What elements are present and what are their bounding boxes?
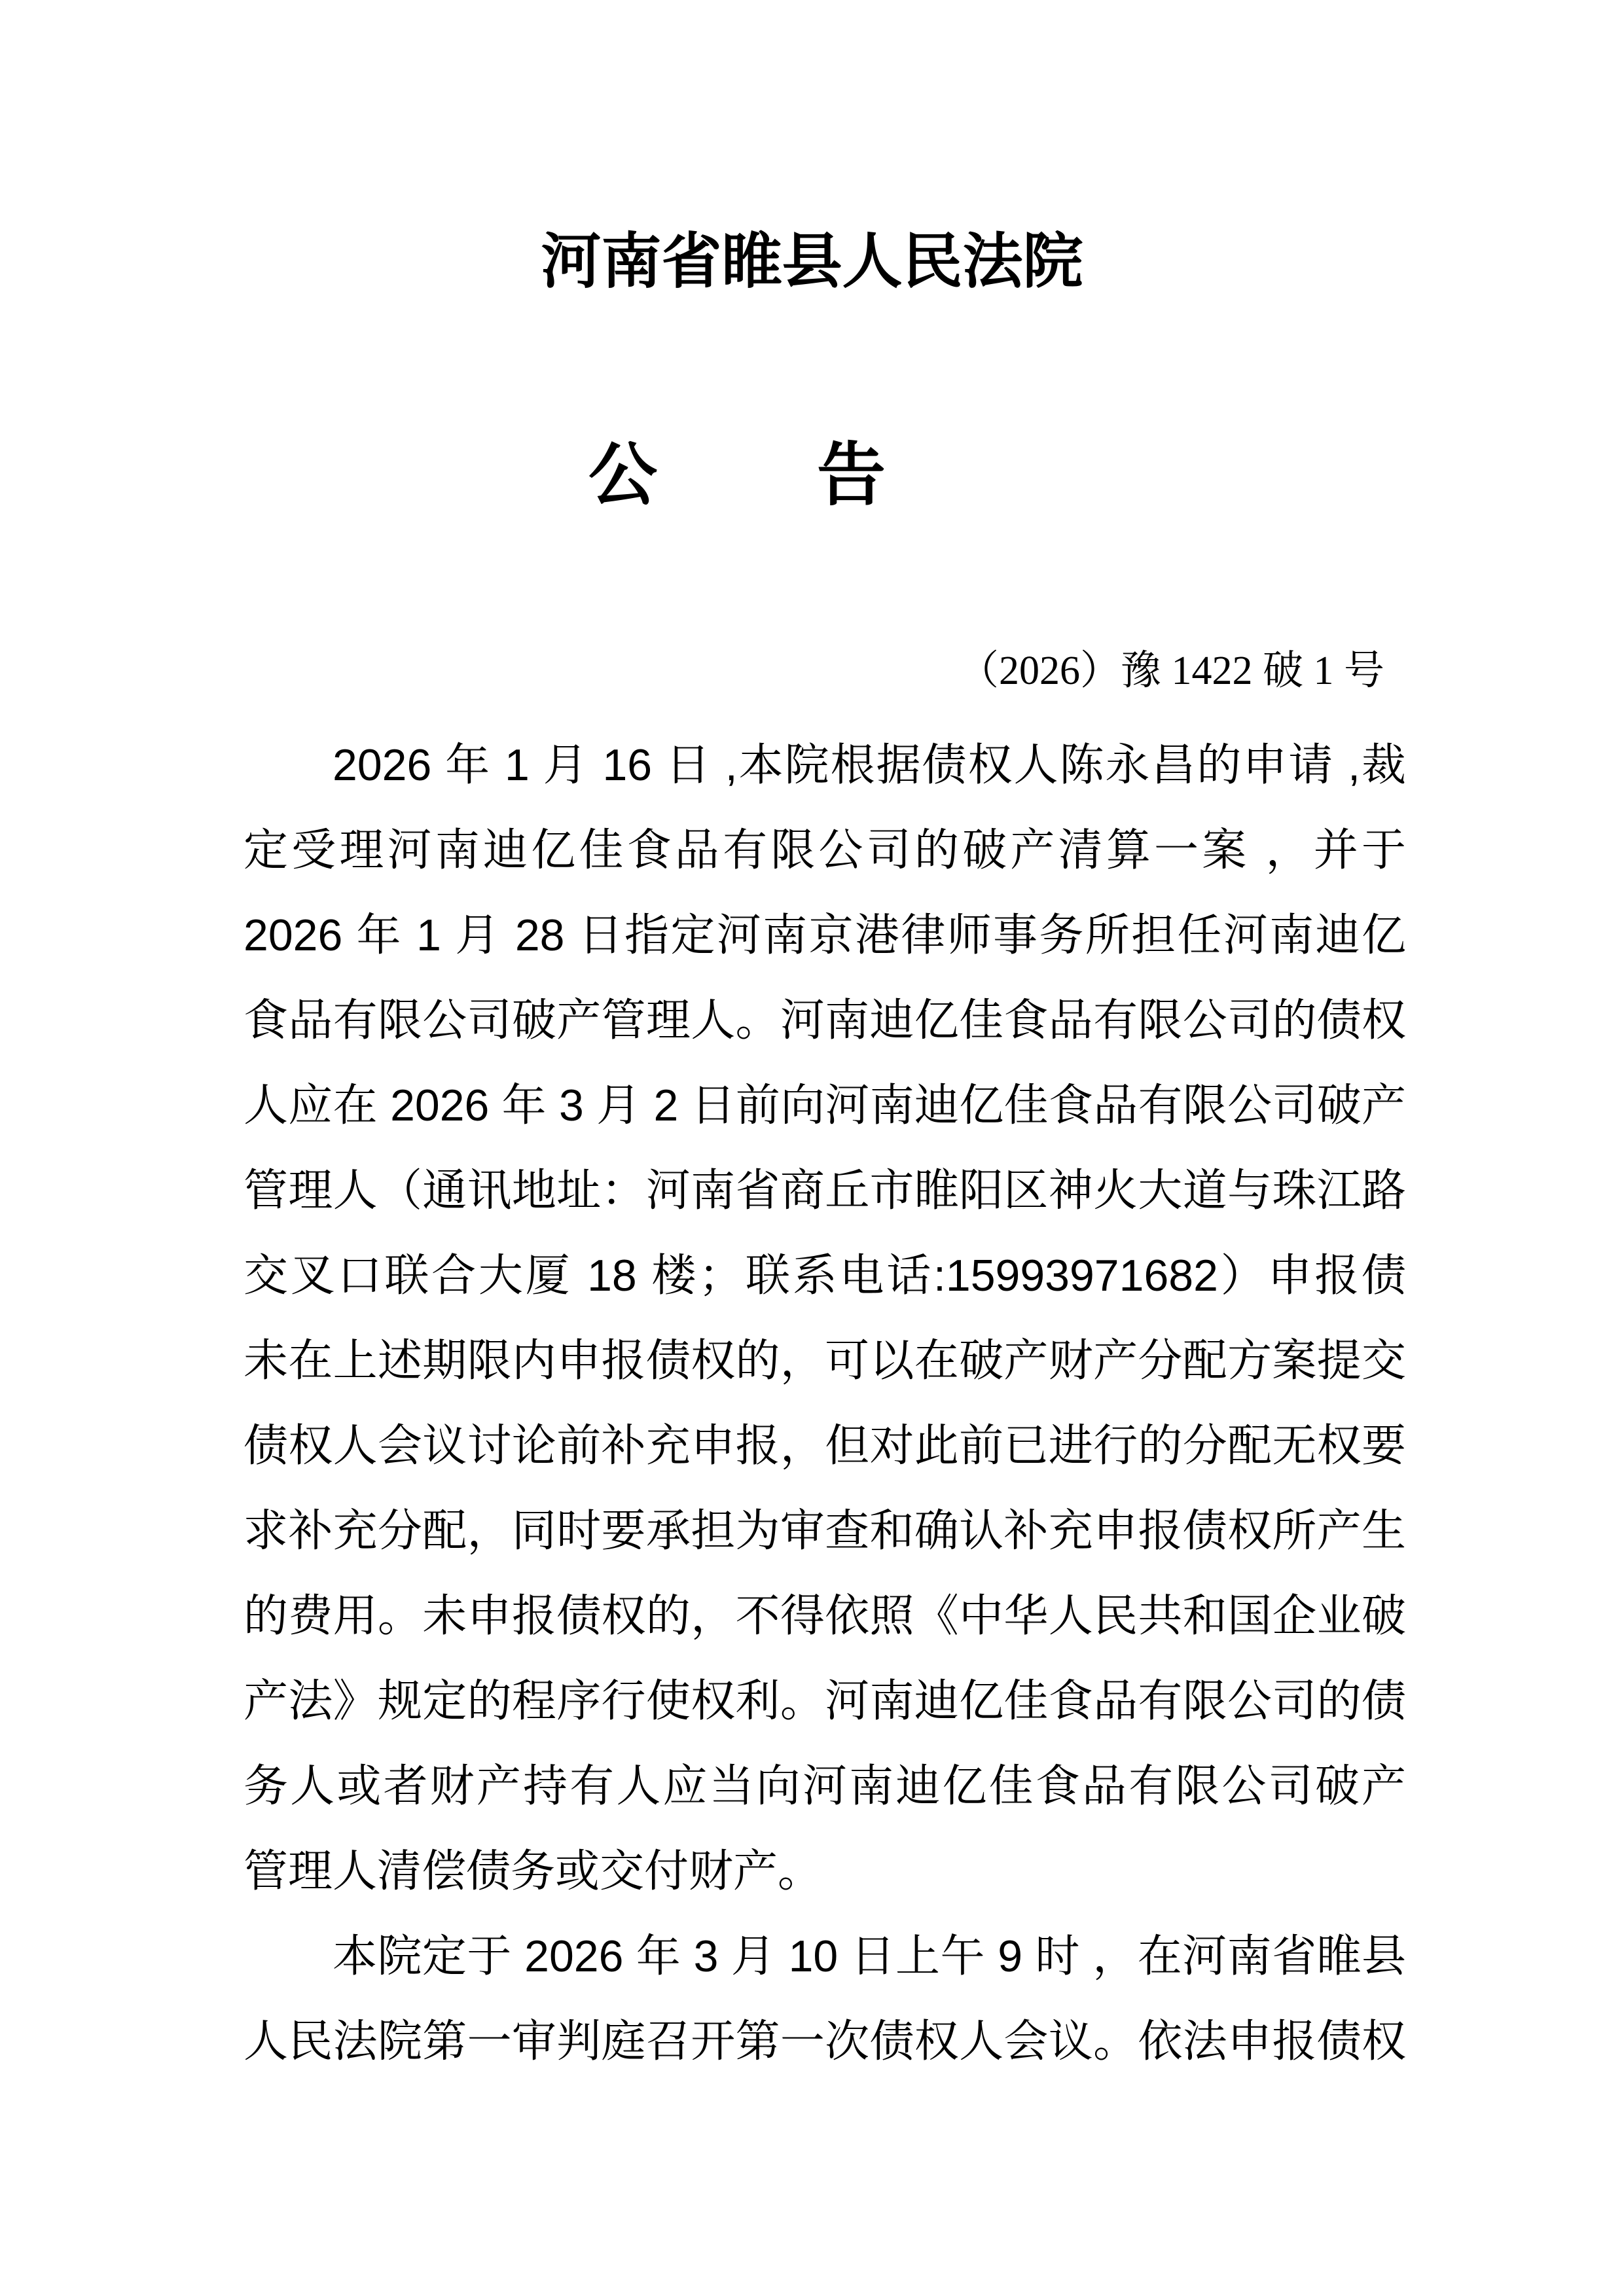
- announcement-line: 人民法院第一审判庭召开第一次债权人会议。依法申报债权: [244, 1999, 1406, 2084]
- document-page: 河南省睢县人民法院 公告 （2026）豫 1422 破 1 号 2026 年 1…: [0, 0, 1624, 2296]
- case-number: （2026）豫 1422 破 1 号: [242, 648, 1384, 694]
- announcement-line: 本院定于 2026 年 3 月 10 日上午 9 时 ，在河南省睢县: [244, 1914, 1406, 1999]
- doc-title: 公告: [0, 441, 1624, 510]
- announcement-line: 交叉口联合大厦 18 楼；联系电话:15993971682）申报债权。: [244, 1233, 1406, 1318]
- announcement-line: 务人或者财产持有人应当向河南迪亿佳食品有限公司破产: [244, 1744, 1406, 1829]
- announcement-line: 管理人清偿债务或交付财产。: [244, 1829, 1406, 1914]
- announcement-line: 管理人（通讯地址：河南省商丘市睢阳区神火大道与珠江路: [244, 1148, 1406, 1233]
- doc-title-char-gao: 告: [817, 437, 886, 514]
- announcement-line: 的费用。未申报债权的，不得依照《中华人民共和国企业破: [244, 1573, 1406, 1659]
- announcement-line: 求补充分配，同时要承担为审查和确认补充申报债权所产生: [244, 1488, 1406, 1573]
- announcement-line: 食品有限公司破产管理人。河南迪亿佳食品有限公司的债权: [244, 978, 1406, 1063]
- announcement-line: 未在上述期限内申报债权的，可以在破产财产分配方案提交: [244, 1318, 1406, 1403]
- announcement-line: 人应在 2026 年 3 月 2 日前向河南迪亿佳食品有限公司破产: [244, 1063, 1406, 1148]
- announcement-line: 2026 年 1 月 28 日指定河南京港律师事务所担任河南迪亿佳: [244, 893, 1406, 978]
- doc-title-char-gong: 公: [588, 437, 657, 514]
- announcement-body: 2026 年 1 月 16 日 ,本院根据债权人陈永昌的申请 ,裁 定受理河南迪…: [244, 723, 1406, 2084]
- announcement-line: 2026 年 1 月 16 日 ,本院根据债权人陈永昌的申请 ,裁: [244, 723, 1406, 808]
- announcement-line: 债权人会议讨论前补充申报，但对此前已进行的分配无权要: [244, 1403, 1406, 1488]
- announcement-line: 产法》规定的程序行使权利。河南迪亿佳食品有限公司的债: [244, 1659, 1406, 1744]
- court-title: 河南省睢县人民法院: [0, 232, 1624, 292]
- doc-title-inner: 公告: [588, 441, 886, 510]
- announcement-line: 定受理河南迪亿佳食品有限公司的破产清算一案 ，并于: [244, 808, 1406, 893]
